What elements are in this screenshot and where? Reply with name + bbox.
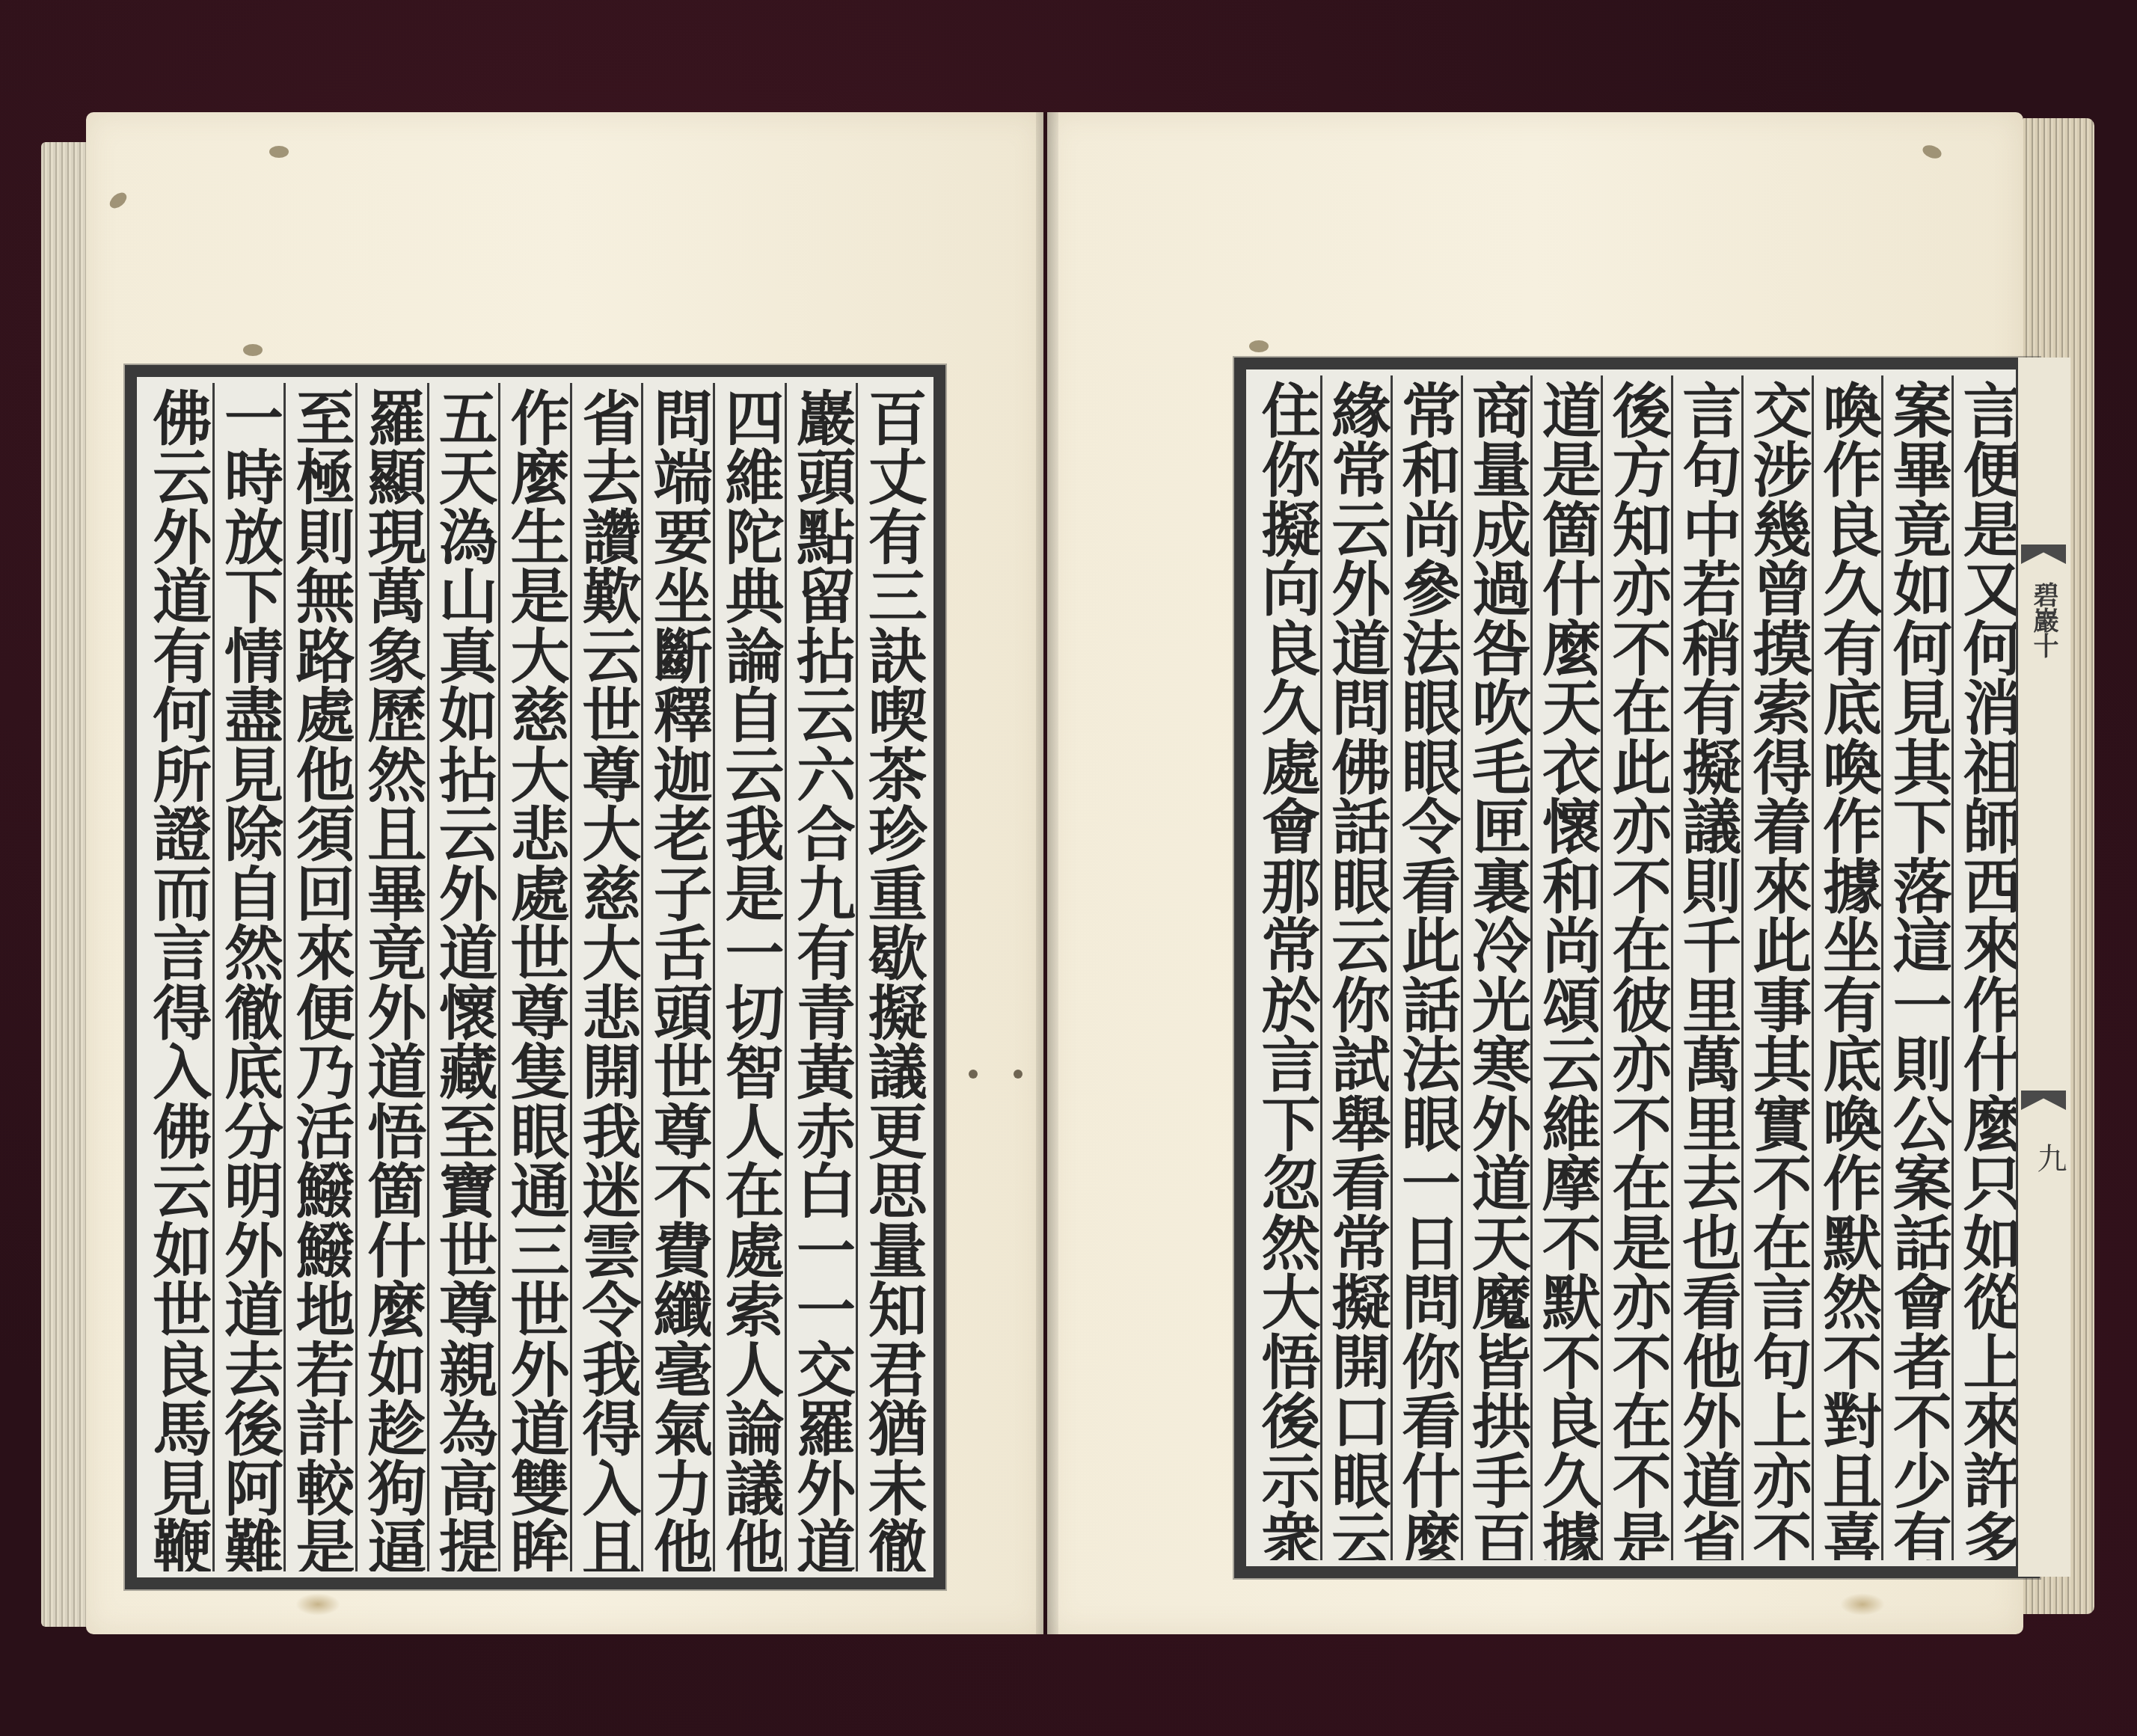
text-column: 道是箇什麼天衣懷和尚頌云維摩不默不良久據坐 (1530, 375, 1601, 1560)
text-column: 佛云外道有何所證而言得入佛云如世良馬見鞭影 (143, 383, 212, 1571)
right-text-columns: 言便是又何消祖師西來作什麼只如從上來許多公 案畢竟如何見其下落這一則公案話會者不… (1252, 375, 2022, 1560)
text-column: 言便是又何消祖師西來作什麼只如從上來許多公 (1951, 375, 2022, 1560)
text-column: 言句中若稍有擬議則千里萬里去也看他外道省悟 (1671, 375, 1741, 1560)
text-column: 百丈有三訣喫茶珍重歇擬議更思量知君猶未徹 (856, 383, 928, 1571)
text-column: 省去讚歎云世尊大慈大悲開我迷雲令我得入且道 (570, 383, 642, 1571)
fish-tail-mark-icon (2021, 545, 2066, 564)
book-gutter (1036, 112, 1058, 1634)
stain (1840, 1593, 1885, 1616)
text-column: 常和尚參法眼眼令看此話法眼一日問你看什麼因 (1391, 375, 1461, 1560)
page-number: 九 (2029, 1143, 2071, 1173)
text-column: 巖頭點留拈云六合九有青黃赤白一一交羅外道會 (785, 383, 856, 1571)
text-column: 案畢竟如何見其下落這一則公案話會者不少有底 (1881, 375, 1951, 1560)
ink-spot (1014, 1070, 1022, 1079)
text-column: 後方知亦不在此亦不在彼亦不在是亦不在不是且 (1601, 375, 1671, 1560)
worm-hole (1921, 143, 1943, 161)
worm-hole (243, 344, 263, 356)
stain (295, 1593, 340, 1616)
left-text-columns: 百丈有三訣喫茶珍重歇擬議更思量知君猶未徹 巖頭點留拈云六合九有青黃赤白一一交羅外… (143, 383, 928, 1571)
ink-spot (969, 1070, 978, 1079)
right-printed-block: 言便是又何消祖師西來作什麼只如從上來許多公 案畢竟如何見其下落這一則公案話會者不… (1234, 358, 2040, 1578)
text-column: 喚作良久有底喚作據坐有底喚作默然不對且喜沒 (1812, 375, 1882, 1560)
text-column: 問端要坐斷釋迦老子舌頭世尊不費纖毫氣力他便 (641, 383, 713, 1571)
worm-hole (107, 190, 129, 212)
text-column: 住你擬向良久處會那常於言下忽然大悟後示衆云 (1252, 375, 1320, 1560)
text-column: 交涉幾曾摸索得着來此事其實不在言句上亦不離 (1741, 375, 1812, 1560)
text-column: 作麼生是大慈大悲處世尊隻眼通三世外道雙眸貫 (498, 383, 570, 1571)
open-book: 百丈有三訣喫茶珍重歇擬議更思量知君猶未徹 巖頭點留拈云六合九有青黃赤白一一交羅外… (41, 112, 2094, 1653)
book-title: 碧巖十 (2026, 582, 2062, 658)
left-printed-block: 百丈有三訣喫茶珍重歇擬議更思量知君猶未徹 巖頭點留拈云六合九有青黃赤白一一交羅外… (125, 365, 945, 1589)
left-page: 百丈有三訣喫茶珍重歇擬議更思量知君猶未徹 巖頭點留拈云六合九有青黃赤白一一交羅外… (86, 112, 1043, 1634)
text-column: 緣常云外道問佛話眼云你試舉看常擬開口眼云住 (1320, 375, 1391, 1560)
text-column: 一時放下情盡見除自然徹底分明外道去後阿難問 (212, 383, 284, 1571)
fish-tail-mark-icon (2021, 1091, 2066, 1110)
text-column: 五天溈山真如拈云外道懷藏至寶世尊親為高提森 (427, 383, 499, 1571)
worm-hole (1249, 340, 1269, 352)
centerfold-strip: 碧巖十 九 (2016, 358, 2070, 1577)
text-column: 羅顯現萬象歷然且畢竟外道悟箇什麼如趁狗逼墻 (355, 383, 427, 1571)
worm-hole (269, 146, 289, 158)
text-column: 商量成過咎吹毛匣裏冷光寒外道天魔皆拱手百丈 (1461, 375, 1531, 1560)
text-column: 至極則無路處他須回來便乃活鱍鱍地若計較是非 (283, 383, 355, 1571)
text-column: 四維陀典論自云我是一切智人在處索人論議他致 (713, 383, 785, 1571)
